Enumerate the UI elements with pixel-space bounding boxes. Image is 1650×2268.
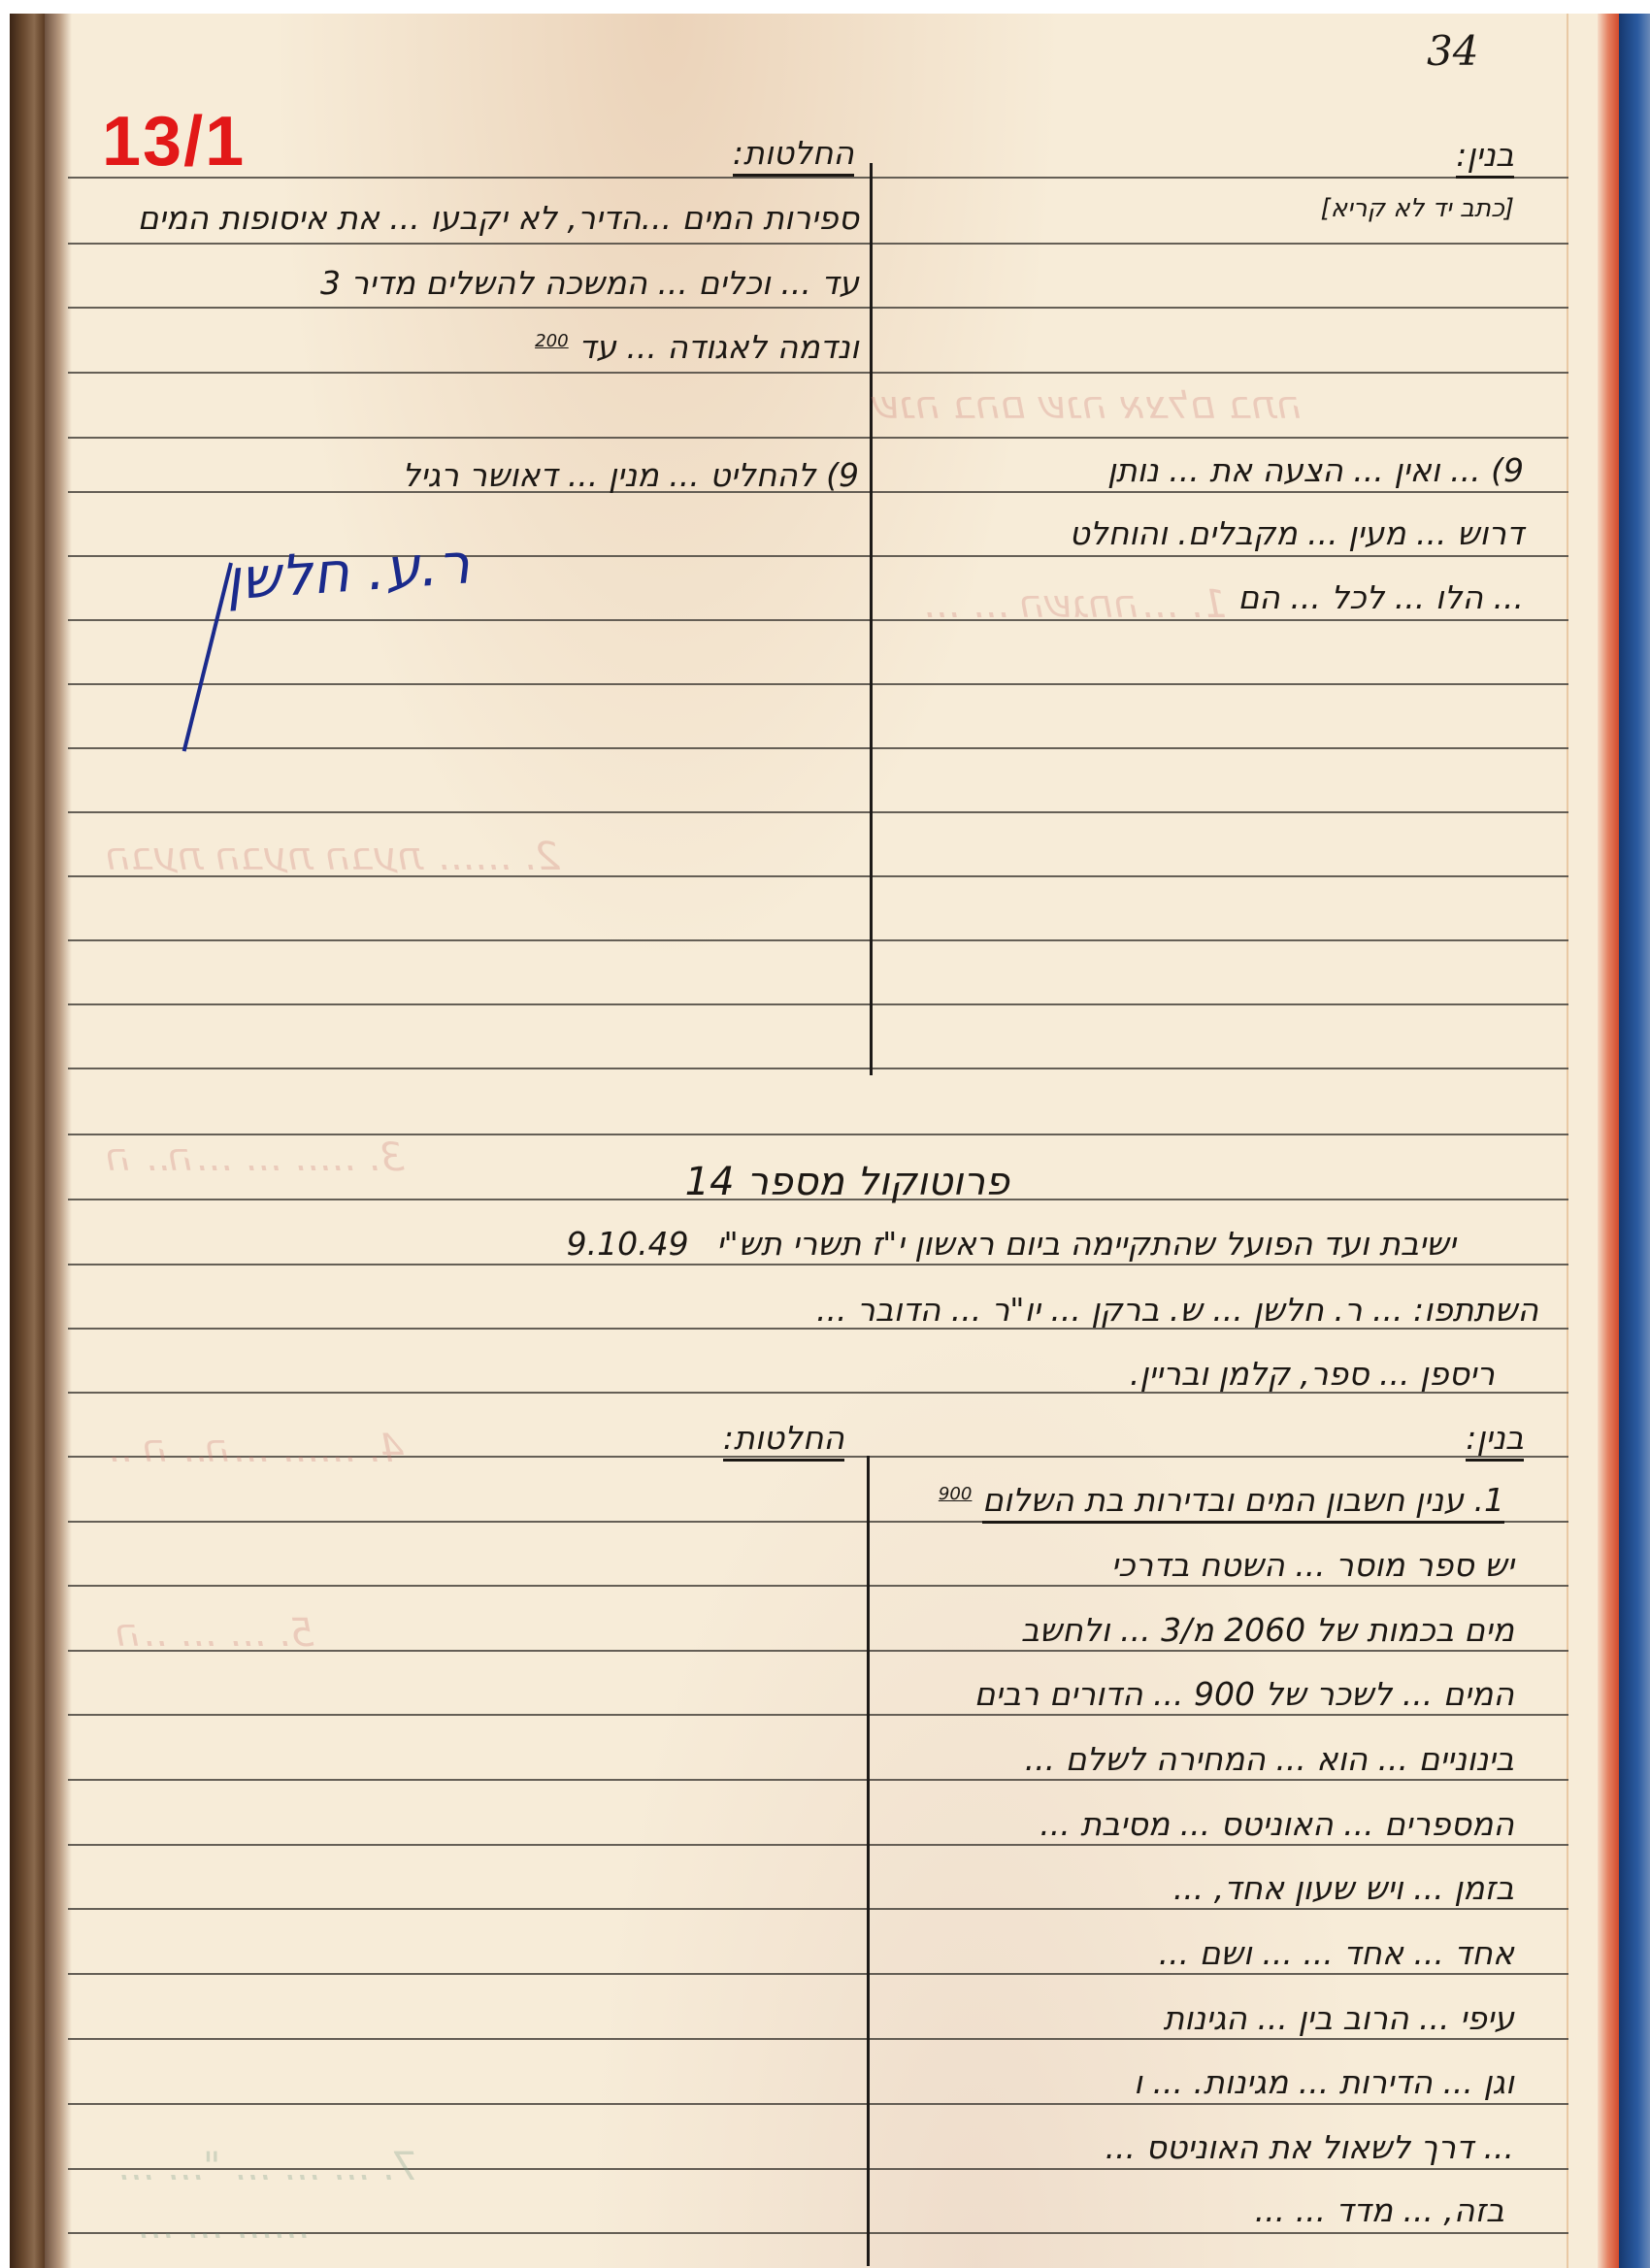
item-9-discussion-line: 9) ... ואין ... הצעה את ... נותן: [1107, 451, 1524, 489]
binding-shadow: [45, 14, 72, 2268]
item-1-line: בינוניים ... הוא ... המחירה לשלם ...: [1025, 1740, 1514, 1778]
item-1-line: וגן ... הדירות ... מגינות. ... ו: [1134, 2063, 1514, 2101]
attendees-line: ריספן ... ספר, קלמן ובריין.: [1130, 1355, 1495, 1393]
decision-amount: 200: [535, 331, 569, 351]
bleed-through-text: 2. ...... הבעת הבעת הבעת: [107, 835, 560, 879]
item-1-line: בזה, ... מדד ... ...: [1255, 2191, 1504, 2229]
bleed-through-text: שנה בהם שנה אצלם בתה: [874, 383, 1303, 428]
item-9-discussion-line: דרוש ... מעין ... מקבלים. והוחלט: [1069, 514, 1524, 552]
top-column-divider: [870, 163, 873, 1075]
item-9-decision: 9) להחליט ... מנין ... דאושר רגיל: [402, 456, 859, 494]
scanned-notebook-page: שנה בהם שנה אצלם בתה 1. ...השגחה ... ...…: [0, 0, 1650, 2268]
archive-mark: 13/1: [102, 102, 246, 181]
item-1-line: מים בכמות של 2060 מ/3 ... ולחשב: [1021, 1611, 1514, 1649]
bleed-through-text: 1. ...השגחה ... ...: [922, 582, 1227, 627]
decisions-header-top: החלטות:: [733, 134, 854, 172]
item-1-line: יש ספר מוסר ... השטח בדרכי: [1111, 1546, 1514, 1584]
scan-top-border: [0, 0, 1650, 14]
item-1-title: 1. ענין חשבון המים ובדירות בת השלום 900: [939, 1481, 1504, 1519]
meeting-date: 9.10.49: [567, 1225, 689, 1263]
decision-line: ונדמה לאגודה ... עד 200: [535, 328, 859, 366]
building-header-bottom: בנין:: [1466, 1419, 1524, 1457]
right-margin-line: [1567, 14, 1568, 2268]
building-header-top: בנין:: [1456, 136, 1514, 174]
attendees-line: השתתפו: ... ר. חלשן ... ש. ברקן ... יו"ר…: [816, 1291, 1538, 1329]
notebook-binding: [10, 14, 45, 2268]
page-number: 34: [1427, 27, 1478, 75]
meeting-line: ישיבת ועד הפועל שהתקיימה ביום ראשון י"ז …: [567, 1225, 1456, 1263]
item-1-line: המספרים ... האוניטס ... מסיבת ...: [1039, 1805, 1514, 1843]
item-1-line: אחד ... אחד ... ... ושם ...: [1159, 1934, 1514, 1972]
cover-edge-blue: [1619, 14, 1650, 2268]
decision-line: ספירות המים ...הדיר, לא יקבעו ... את איס…: [138, 199, 859, 237]
bleed-through-text: 3. ..... ... ...ה ..ה: [107, 1135, 405, 1180]
decisions-header-bottom: החלטות:: [723, 1419, 844, 1457]
item-9-discussion-line: ... הלו ... לכל ... הם: [1237, 578, 1524, 616]
right-col-first-line: [כתב יד לא קריא]: [1321, 194, 1514, 223]
bleed-through-text: ...... ... ...: [136, 2203, 309, 2248]
bleed-through-text: 4. ...... ...ה ..ה ..: [107, 1427, 405, 1471]
item-1-line: עיפי ... הרוב בין ... הגינות: [1163, 1999, 1514, 2037]
bottom-column-divider: [867, 1456, 870, 2266]
decision-line: עד ... וכלים ... המשכה להשלים מדיר 3: [320, 264, 859, 302]
protocol-title: פרוטוקול מספר 14: [685, 1160, 1009, 1204]
item-1-amount: 900: [939, 1484, 973, 1504]
item-1-line: בזמן ... ויש שעון אחד, ...: [1173, 1869, 1514, 1907]
item-1-line: ... דרך לשאול את האוניטס ...: [1105, 2128, 1514, 2166]
bleed-through-text: 5. ... ... ..ה: [116, 1611, 314, 1656]
page-edge-red: [1598, 14, 1619, 2268]
bleed-through-text: 7. ... ... ... "... ...: [116, 2145, 418, 2189]
item-1-line: המים ... לשכר של 900 ... הדורים רבים: [974, 1675, 1514, 1713]
